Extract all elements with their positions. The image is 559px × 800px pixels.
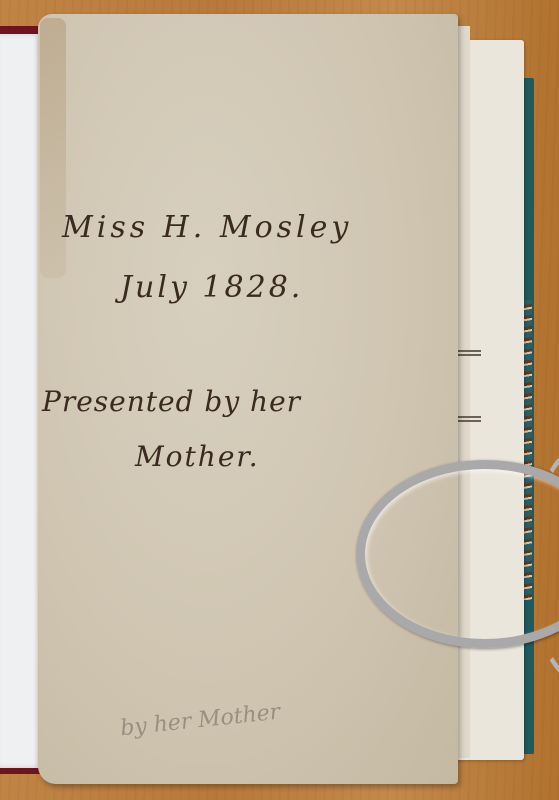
inscription-mother: Mother. <box>135 440 260 473</box>
left-page <box>0 34 42 768</box>
inscription-presented: Presented by her <box>42 385 301 418</box>
inscription-name: Miss H. Mosley <box>62 210 352 245</box>
ruled-line <box>457 416 481 418</box>
ruled-line <box>457 350 481 352</box>
inscription-date: July 1828. <box>120 270 303 305</box>
ruled-line <box>457 354 481 356</box>
ruled-line <box>457 420 481 422</box>
